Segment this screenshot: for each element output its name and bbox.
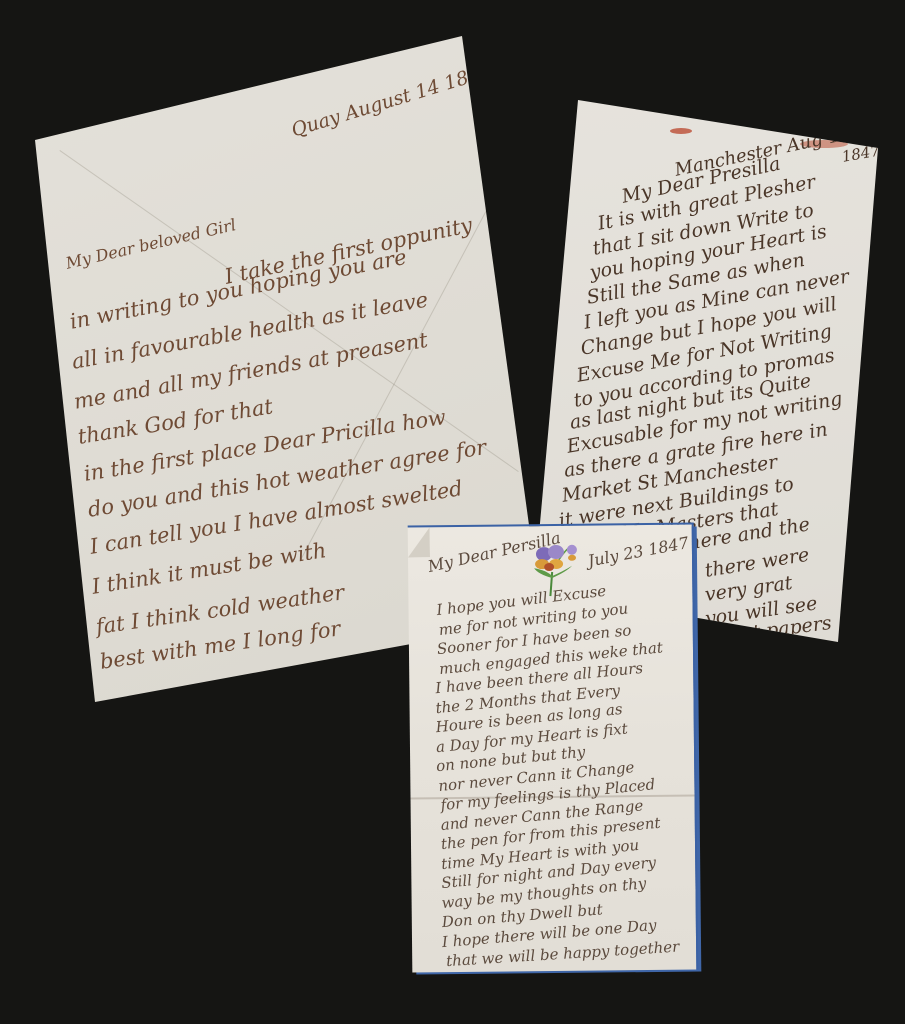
- letter-salutation: My Dear beloved Girl: [64, 215, 238, 273]
- letter-dateline: July 23 1847: [586, 533, 690, 570]
- letter-dateline: Quay August 14 1847: [289, 60, 495, 142]
- dog-ear-corner: [408, 527, 430, 557]
- letter-front: My Dear Persilla July 23 1847 I hope you…: [408, 523, 699, 973]
- ink-stain: [670, 128, 692, 134]
